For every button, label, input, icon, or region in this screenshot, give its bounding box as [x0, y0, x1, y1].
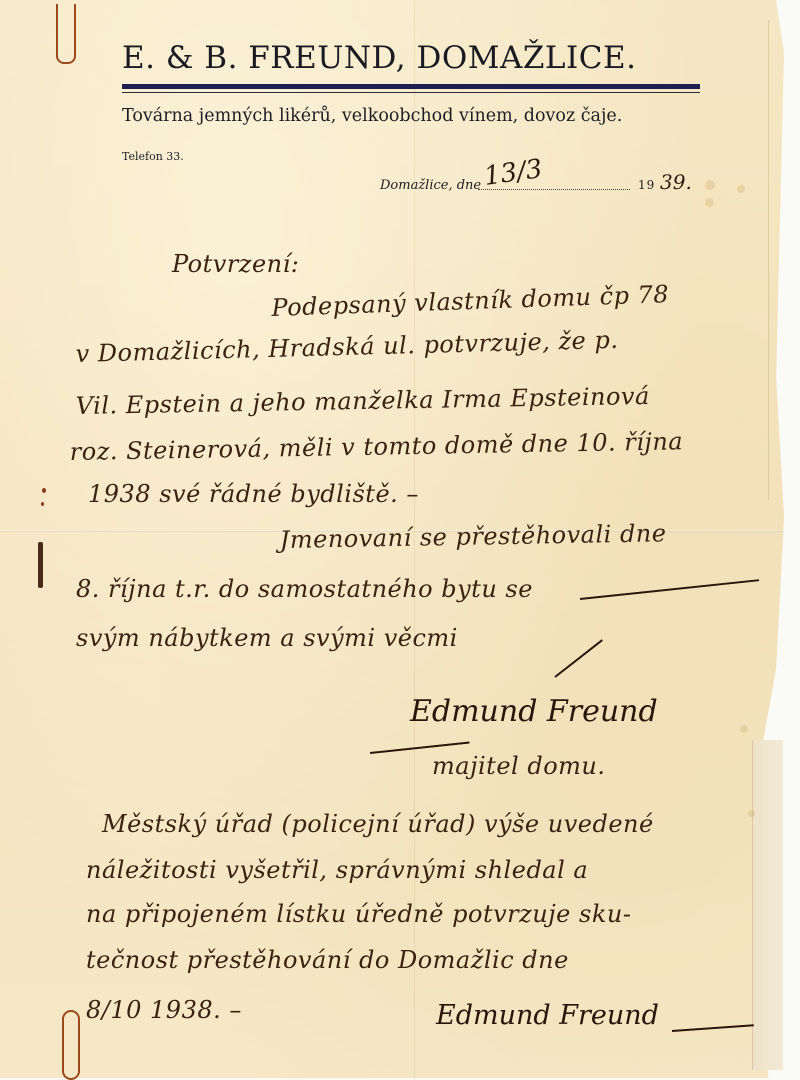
paragraph3-line: náležitosti vyšetřil, správnými shledal … [86, 856, 588, 884]
paragraph2-line: 8. října t.r. do samostatného bytu se [76, 575, 533, 603]
phone-number: Telefon 33. [122, 150, 184, 163]
staple-mark [38, 542, 43, 588]
torn-edge-strip [752, 740, 783, 1070]
paragraph2-line: svým nábytkem a svými věcmi [76, 624, 458, 652]
foxing-stain [740, 725, 748, 733]
header-rule-thick [122, 84, 700, 89]
date-line: Domažlice, dne 13/3 19 39. [380, 174, 710, 198]
year-prefix: 19 [638, 178, 655, 192]
signature-title: majitel domu. [432, 752, 606, 780]
paperclip-rust-mark-bottom [62, 1010, 80, 1080]
company-name: E. & B. FREUND, DOMAŽLICE. [122, 40, 702, 76]
handwritten-year: 39. [660, 170, 692, 194]
header-rule-thin [122, 92, 700, 93]
signature-owner: Edmund Freund [410, 694, 658, 729]
paragraph3-line: tečnost přestěhování do Domažlic dne [86, 946, 569, 974]
signature-office: Edmund Freund [436, 1000, 659, 1031]
foxing-stain [748, 810, 755, 817]
paper-edge [768, 20, 783, 500]
company-description: Továrna jemných likérů, velkoobchod víne… [122, 106, 712, 126]
paragraph3-line: Městský úřad (policejní úřad) výše uvede… [102, 810, 654, 838]
foxing-stain [737, 185, 745, 193]
paragraph3-line: na připojeném lístku úředně potvrzuje sk… [86, 900, 631, 928]
foxing-stain [705, 198, 714, 207]
rust-dot [42, 488, 46, 493]
salutation: Potvrzení: [172, 250, 299, 278]
paragraph1-line: 1938 své řádné bydliště. – [88, 480, 419, 508]
rust-dot [41, 502, 44, 506]
paperclip-rust-mark-top [56, 4, 76, 64]
date-place-label: Domažlice, dne [380, 178, 481, 193]
paragraph3-line: 8/10 1938. – [86, 996, 242, 1024]
